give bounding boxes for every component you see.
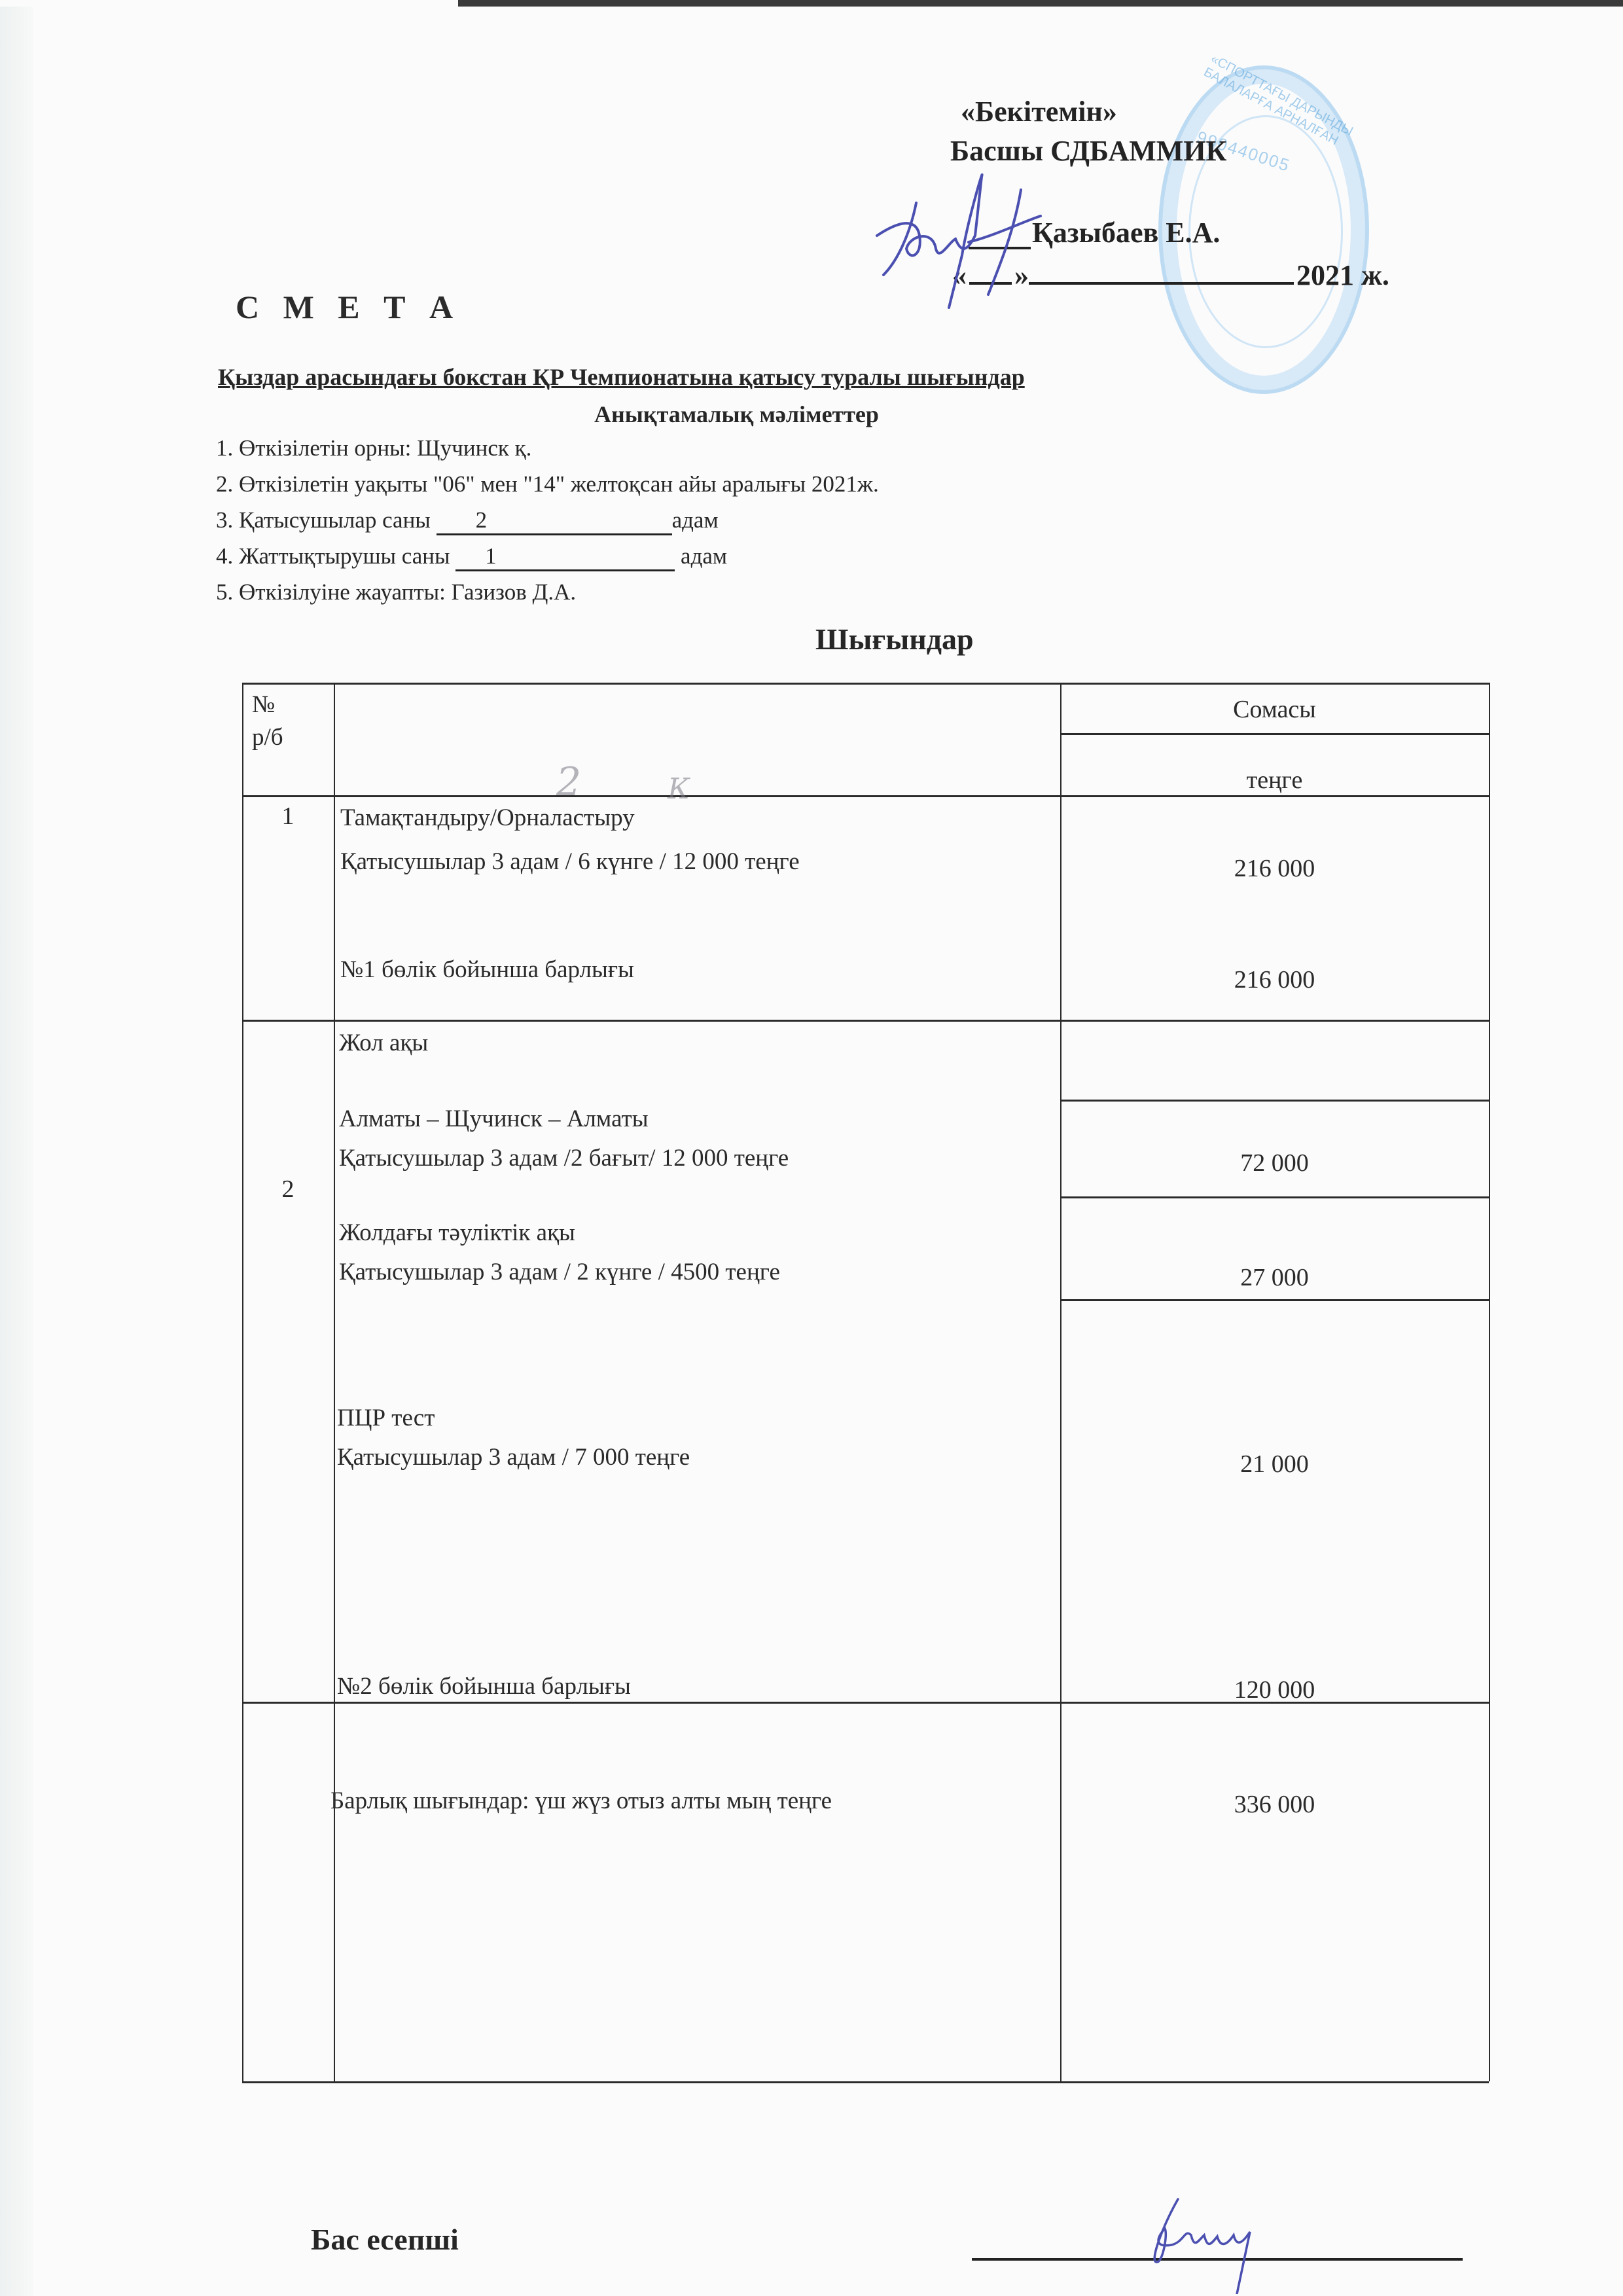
item-travel-title: Жол ақы — [339, 1029, 428, 1057]
section-2-subtotal-label: №2 бөлік бойынша барлығы — [337, 1672, 631, 1700]
info-participants: 3. Қатысушылар саны 2адам — [216, 507, 719, 535]
table-border-right — [1489, 683, 1490, 2081]
coaches-count: 1 — [485, 543, 497, 569]
item-accommodation-title: Тамақтандыру/Орналастыру — [340, 804, 635, 832]
column-divider-amount — [1060, 683, 1061, 2081]
participants-value: 2 — [476, 507, 672, 535]
approval-title: «Бекітемін» — [961, 95, 1117, 128]
director-signature-icon — [870, 164, 1086, 314]
coaches-unit: адам — [681, 543, 727, 569]
expenses-heading: Шығындар — [815, 622, 974, 656]
info-venue: 1. Өткізілетін орны: Щучинск қ. — [216, 435, 531, 461]
item-perdiem-detail: Қатысушылар 3 адам / 2 күнге / 4500 теңг… — [339, 1258, 780, 1286]
coaches-value: 1 — [485, 543, 675, 571]
header-num-label: р/б — [252, 721, 283, 754]
participants-pad — [437, 507, 476, 535]
reference-heading: Анықтамалық мәліметтер — [594, 401, 879, 428]
amount-divider-perdiem — [1060, 1196, 1489, 1198]
table-border-left — [242, 683, 243, 2081]
section-1-number: 1 — [242, 802, 334, 831]
item-travel-route: Алматы – Щучинск – Алматы — [339, 1105, 649, 1133]
coaches-label: 4. Жаттықтырушы саны — [216, 543, 455, 569]
header-amount-title: Сомасы — [1060, 695, 1489, 724]
pencil-mark: К — [668, 772, 690, 806]
header-amount-divider — [1060, 733, 1489, 735]
table-border-bottom — [242, 2081, 1489, 2083]
item-travel-amount: 72 000 — [1060, 1149, 1489, 1177]
item-pcr-title: ПЦР тест — [337, 1404, 435, 1432]
document-subject: Қыздар арасындағы бокстан ҚР Чемпионатын… — [218, 363, 1025, 391]
section-1-subtotal-label: №1 бөлік бойынша барлығы — [340, 956, 634, 984]
document-title: С М Е Т А — [236, 288, 461, 326]
info-coaches: 4. Жаттықтырушы саны 1 адам — [216, 543, 727, 571]
item-accommodation-detail: Қатысушылар 3 адам / 6 күнге / 12 000 те… — [340, 848, 800, 876]
info-dates: 2. Өткізілетін уақыты "06" мен "14" желт… — [216, 471, 879, 497]
header-num-symbol: № — [252, 689, 283, 721]
item-accommodation-amount: 216 000 — [1060, 854, 1489, 883]
grand-total-amount: 336 000 — [1060, 1790, 1489, 1819]
scan-edge-left — [0, 7, 33, 2296]
item-pcr-amount: 21 000 — [1060, 1450, 1489, 1479]
section-2-subtotal: 120 000 — [1060, 1676, 1489, 1704]
participants-label: 3. Қатысушылар саны — [216, 507, 437, 533]
item-perdiem-title: Жолдағы тәуліктік ақы — [339, 1219, 575, 1247]
participants-unit: адам — [672, 507, 719, 533]
header-amount-unit: теңге — [1060, 766, 1489, 795]
accountant-signature-icon — [1139, 2196, 1289, 2294]
row-divider-section1 — [242, 1020, 1489, 1022]
amount-divider-pcr — [1060, 1299, 1489, 1301]
item-perdiem-amount: 27 000 — [1060, 1263, 1489, 1292]
pencil-mark: 2 — [556, 759, 581, 805]
info-responsible: 5. Өткізілуіне жауапты: Газизов Д.А. — [216, 579, 576, 605]
grand-total-label: Барлық шығындар: үш жүз отыз алты мың те… — [330, 1787, 832, 1815]
header-num: № р/б — [252, 689, 283, 754]
section-1-subtotal: 216 000 — [1060, 965, 1489, 994]
item-pcr-detail: Қатысушылар 3 адам / 7 000 теңге — [337, 1443, 690, 1471]
participants-count: 2 — [476, 507, 488, 533]
approval-year: 2021 ж. — [1296, 259, 1389, 291]
row-divider-header — [242, 795, 1489, 797]
table-border-top — [242, 683, 1489, 685]
scan-edge-top — [458, 0, 1623, 7]
amount-divider-travel — [1060, 1100, 1489, 1102]
coaches-pad — [455, 543, 485, 571]
column-divider-num — [334, 683, 335, 2081]
item-travel-detail: Қатысушылар 3 адам /2 бағыт/ 12 000 теңг… — [339, 1144, 789, 1172]
approval-role: Басшы СДБАММИК — [950, 134, 1226, 168]
chief-accountant-label: Бас есепші — [311, 2222, 459, 2257]
section-2-number: 2 — [242, 1175, 334, 1204]
